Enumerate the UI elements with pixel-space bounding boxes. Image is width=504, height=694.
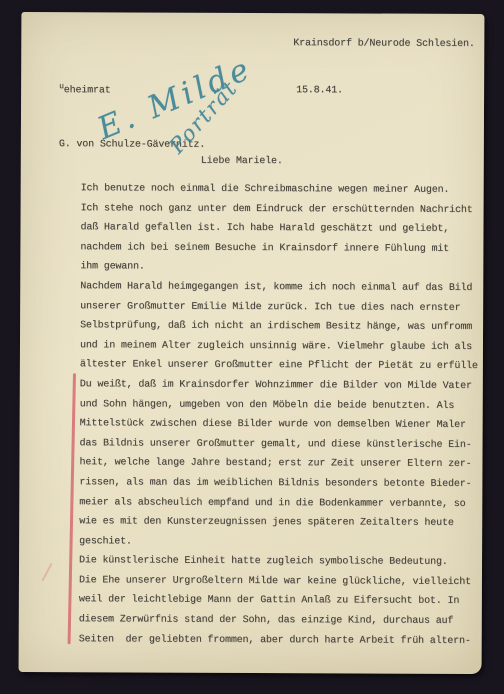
letter-line: weil der leichtlebige Mann der Gattin An… (79, 591, 477, 612)
letter-line: unserer Großmutter Emilie Milde zurück. … (80, 297, 478, 318)
letter-line: Ich stehe noch ganz unter dem Eindruck d… (81, 199, 479, 220)
letter-body: Ich benutze noch einmal die Schreibmasch… (79, 179, 479, 651)
letter-line: Du weißt, daß im Krainsdorfer Wohnzimmer… (80, 375, 478, 396)
letter-date: 15.8.41. (296, 85, 343, 96)
letter-line: Ich benutze noch einmal die Schreibmasch… (81, 179, 479, 200)
letter-line: heit, welche lange Jahre bestand; erst z… (79, 454, 477, 475)
margin-mark-red-line (68, 373, 76, 644)
letter-line: diesem Zerwürfnis stand der Sohn, das ei… (79, 610, 477, 631)
letter-line: daß Harald gefallen ist. Ich habe Harald… (80, 218, 478, 239)
letter-line: und Sohn hängen, umgeben von den Möbeln … (80, 395, 478, 416)
letter-line: Nachdem Harald heimgegangen ist, komme i… (80, 277, 478, 298)
letter-line: meier als abscheulich empfand und in die… (79, 493, 477, 514)
letter-line: ihm gewann. (80, 258, 478, 279)
letter-line: Die künstlerische Einheit hatte zugleich… (79, 552, 477, 573)
letter-page: ueheimrat G. von Schulze-Gävernitz. Krai… (19, 12, 485, 674)
letter-line: Seiten der geliebten frommen, aber durch… (79, 630, 477, 651)
letter-line: Mittelstück zwischen diese Bilder wurde … (80, 414, 478, 435)
sender-title-text: eheimrat (64, 85, 111, 96)
letter-line: nachdem ich bei seinem Besuche in Krains… (80, 238, 478, 259)
photo-background: ueheimrat G. von Schulze-Gävernitz. Krai… (0, 0, 504, 694)
letter-line: ältester Enkel unserer Großmutter eine P… (80, 356, 478, 377)
letter-line: wie es mit den Kunsterzeugnissen jenes s… (79, 512, 477, 533)
letter-line: und in meinem Alter zugleich unsinnig wä… (80, 336, 478, 357)
letter-place: Krainsdorf b/Neurode Schlesien. (293, 38, 474, 50)
letter-line: das Bildnis unserer Großmutter gemalt, u… (80, 434, 478, 455)
letter-line: rissen, als man das im weiblichen Bildni… (79, 473, 477, 494)
letter-line: Selbstprüfung, daß ich nicht an irdische… (80, 316, 478, 337)
letter-line: Die Ehe unserer Urgroßeltern Milde war k… (79, 571, 477, 592)
margin-mark-slash (41, 563, 52, 582)
salutation: Liebe Mariele. (201, 156, 283, 167)
letter-line: geschiet. (79, 532, 477, 553)
